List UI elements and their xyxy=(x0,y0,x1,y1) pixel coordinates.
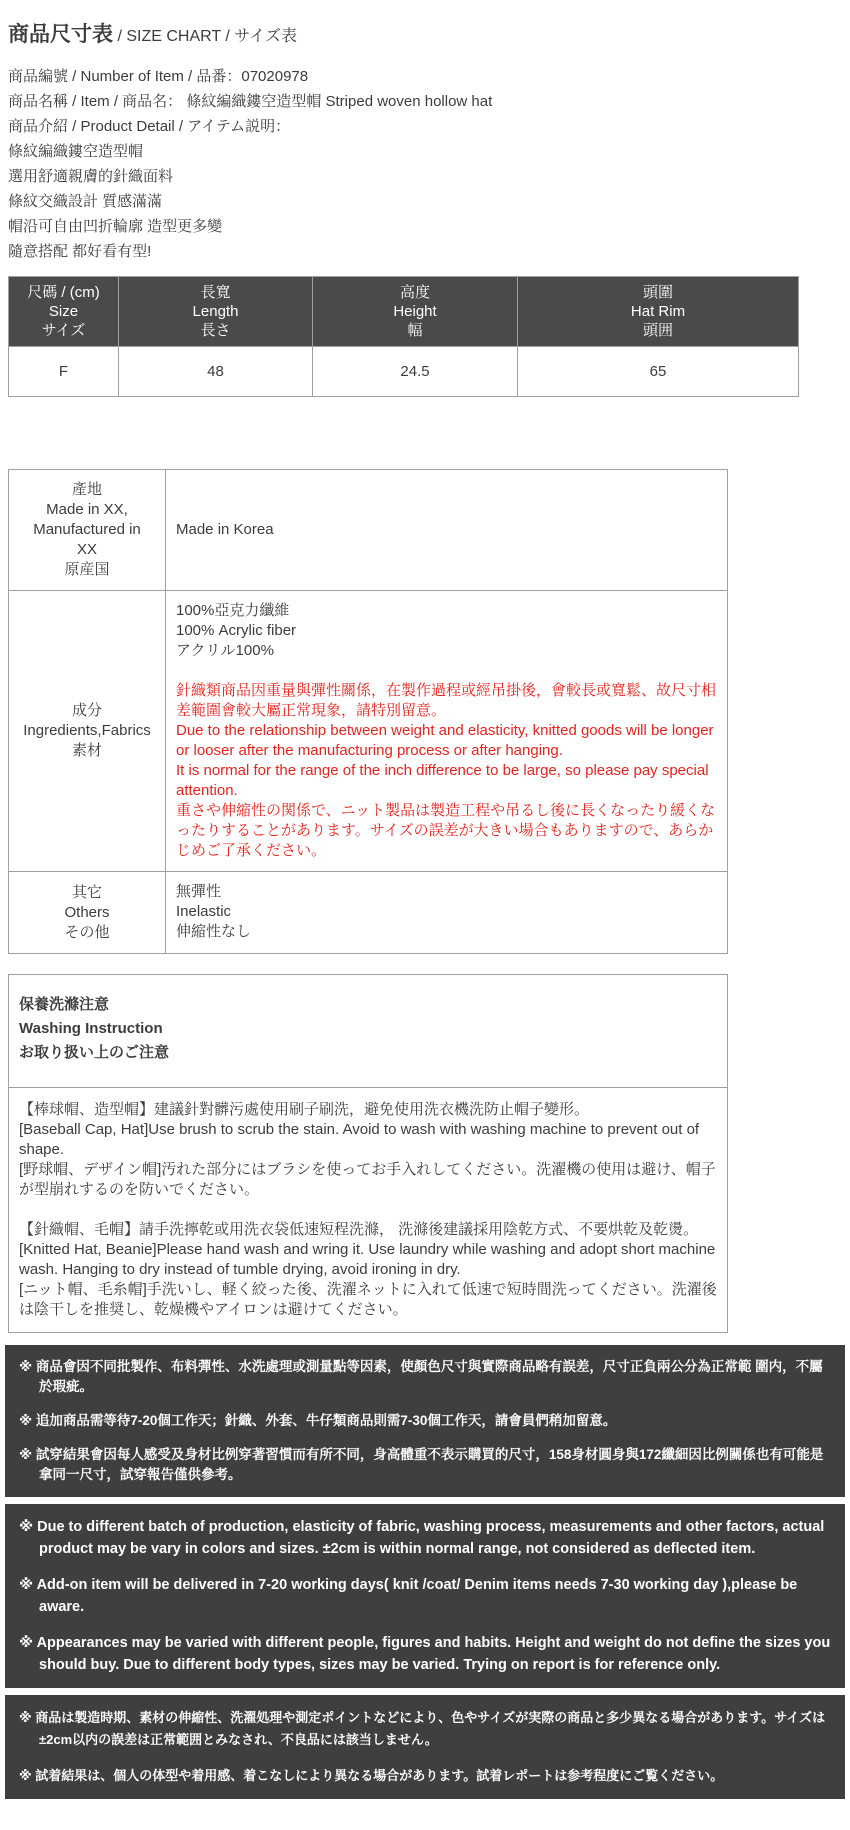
page-header: 商品尺寸表 / SIZE CHART / サイズ表 商品編號 / Number … xyxy=(0,0,850,264)
product-detail-line: 條紋編織鏤空造型帽 xyxy=(8,139,842,164)
notice-item: ※ 商品は製造時期、素材の伸縮性、洗濯処理や測定ポイントなどにより、色やサイズが… xyxy=(19,1707,831,1751)
notice-item: ※ Due to different batch of production, … xyxy=(19,1516,831,1560)
notice-block-ja: ※ 商品は製造時期、素材の伸縮性、洗濯処理や測定ポイントなどにより、色やサイズが… xyxy=(5,1695,845,1799)
size-chart-page: 商品尺寸表 / SIZE CHART / サイズ表 商品編號 / Number … xyxy=(0,0,850,1799)
size-table-header-row: 尺碼 / (cm) Size サイズ 長寬 Length 長さ 高度 Heigh… xyxy=(9,277,799,347)
length-value: 48 xyxy=(119,347,313,397)
washing-instruction-body: 【棒球帽、造型帽】建議針對髒污處使用刷子刷洗，避免使用洗衣機洗防止帽子變形。 [… xyxy=(8,1087,728,1333)
product-detail-line: 條紋交織設計 質感滿滿 xyxy=(8,189,842,214)
fabric-row: 成分 Ingredients,Fabrics 素材 100%亞克力纖維 100%… xyxy=(9,591,728,872)
size-column-header: 尺碼 / (cm) Size サイズ xyxy=(9,277,119,347)
product-detail-label: 商品介紹 / Product Detail / アイテム説明： xyxy=(8,114,842,139)
fabric-label: 成分 Ingredients,Fabrics 素材 xyxy=(9,591,166,872)
fabric-composition: 100%亞克力纖維 100% Acrylic fiber アクリル100% xyxy=(176,601,717,661)
notice-item: ※ 試穿結果會因每人感受及身材比例穿著習慣而有所不同，身高體重不表示購買的尺寸，… xyxy=(19,1445,831,1485)
height-column-header: 高度 Height 幅 xyxy=(313,277,518,347)
height-value: 24.5 xyxy=(313,347,518,397)
origin-row: 產地 Made in XX, Manufactured in XX 原産国 Ma… xyxy=(9,470,728,591)
others-label: 其它 Others その他 xyxy=(9,872,166,954)
washing-paragraph-cap: 【棒球帽、造型帽】建議針對髒污處使用刷子刷洗，避免使用洗衣機洗防止帽子變形。 [… xyxy=(19,1100,717,1200)
table-row: F 48 24.5 65 xyxy=(9,347,799,397)
hat-rim-value: 65 xyxy=(518,347,799,397)
notice-item: ※ 試着結果は、個人の体型や着用感、着こなしにより異なる場合があります。試着レポ… xyxy=(19,1765,831,1787)
others-row: 其它 Others その他 無彈性 Inelastic 伸縮性なし xyxy=(9,872,728,954)
item-name-line: 商品名稱 / Item / 商品名： 條紋編織鏤空造型帽 Striped wov… xyxy=(8,89,842,114)
page-title-zh: 商品尺寸表 xyxy=(8,23,113,46)
item-number-line: 商品編號 / Number of Item / 品番：07020978 xyxy=(8,64,842,89)
notice-item: ※ 商品會因不同批製作、布料彈性、水洗處理或測量點等因素，使顏色尺寸與實際商品略… xyxy=(19,1357,831,1397)
product-detail-line: 選用舒適親膚的針織面料 xyxy=(8,164,842,189)
washing-instruction-heading: 保養洗滌注意 Washing Instruction お取り扱い上のご注意 xyxy=(8,974,728,1088)
product-detail-line: 隨意搭配 都好看有型! xyxy=(8,239,842,264)
product-detail-line: 帽沿可自由凹折輪廓 造型更多變 xyxy=(8,214,842,239)
notice-block-en: ※ Due to different batch of production, … xyxy=(5,1504,845,1688)
washing-paragraph-knit: 【針織帽、毛帽】請手洗擰乾或用洗衣袋低速短程洗滌， 洗滌後建議採用陰乾方式、不要… xyxy=(19,1220,717,1320)
notice-item: ※ Appearances may be varied with differe… xyxy=(19,1632,831,1676)
notice-item: ※ Add-on item will be delivered in 7-20 … xyxy=(19,1574,831,1618)
notice-item: ※ 追加商品需等待7-20個工作天；針織、外套、牛仔類商品則需7-30個工作天，… xyxy=(19,1411,831,1431)
fabric-warning-text: 針織類商品因重量與彈性關係，在製作過程或經吊掛後，會較長或寬鬆、故尺寸相差範圍會… xyxy=(176,681,717,861)
notice-block-zh: ※ 商品會因不同批製作、布料彈性、水洗處理或測量點等因素，使顏色尺寸與實際商品略… xyxy=(5,1345,845,1497)
hat-rim-column-header: 頭圍 Hat Rim 頭囲 xyxy=(518,277,799,347)
size-table: 尺碼 / (cm) Size サイズ 長寬 Length 長さ 高度 Heigh… xyxy=(8,276,799,397)
others-value: 無彈性 Inelastic 伸縮性なし xyxy=(166,872,728,954)
spec-table: 產地 Made in XX, Manufactured in XX 原産国 Ma… xyxy=(8,469,728,954)
length-column-header: 長寬 Length 長さ xyxy=(119,277,313,347)
origin-value: Made in Korea xyxy=(166,470,728,591)
page-title: 商品尺寸表 / SIZE CHART / サイズ表 xyxy=(8,18,842,48)
page-title-suffix: / SIZE CHART / サイズ表 xyxy=(117,28,297,45)
size-value: F xyxy=(9,347,119,397)
origin-label: 產地 Made in XX, Manufactured in XX 原産国 xyxy=(9,470,166,591)
fabric-value: 100%亞克力纖維 100% Acrylic fiber アクリル100% 針織… xyxy=(166,591,728,872)
